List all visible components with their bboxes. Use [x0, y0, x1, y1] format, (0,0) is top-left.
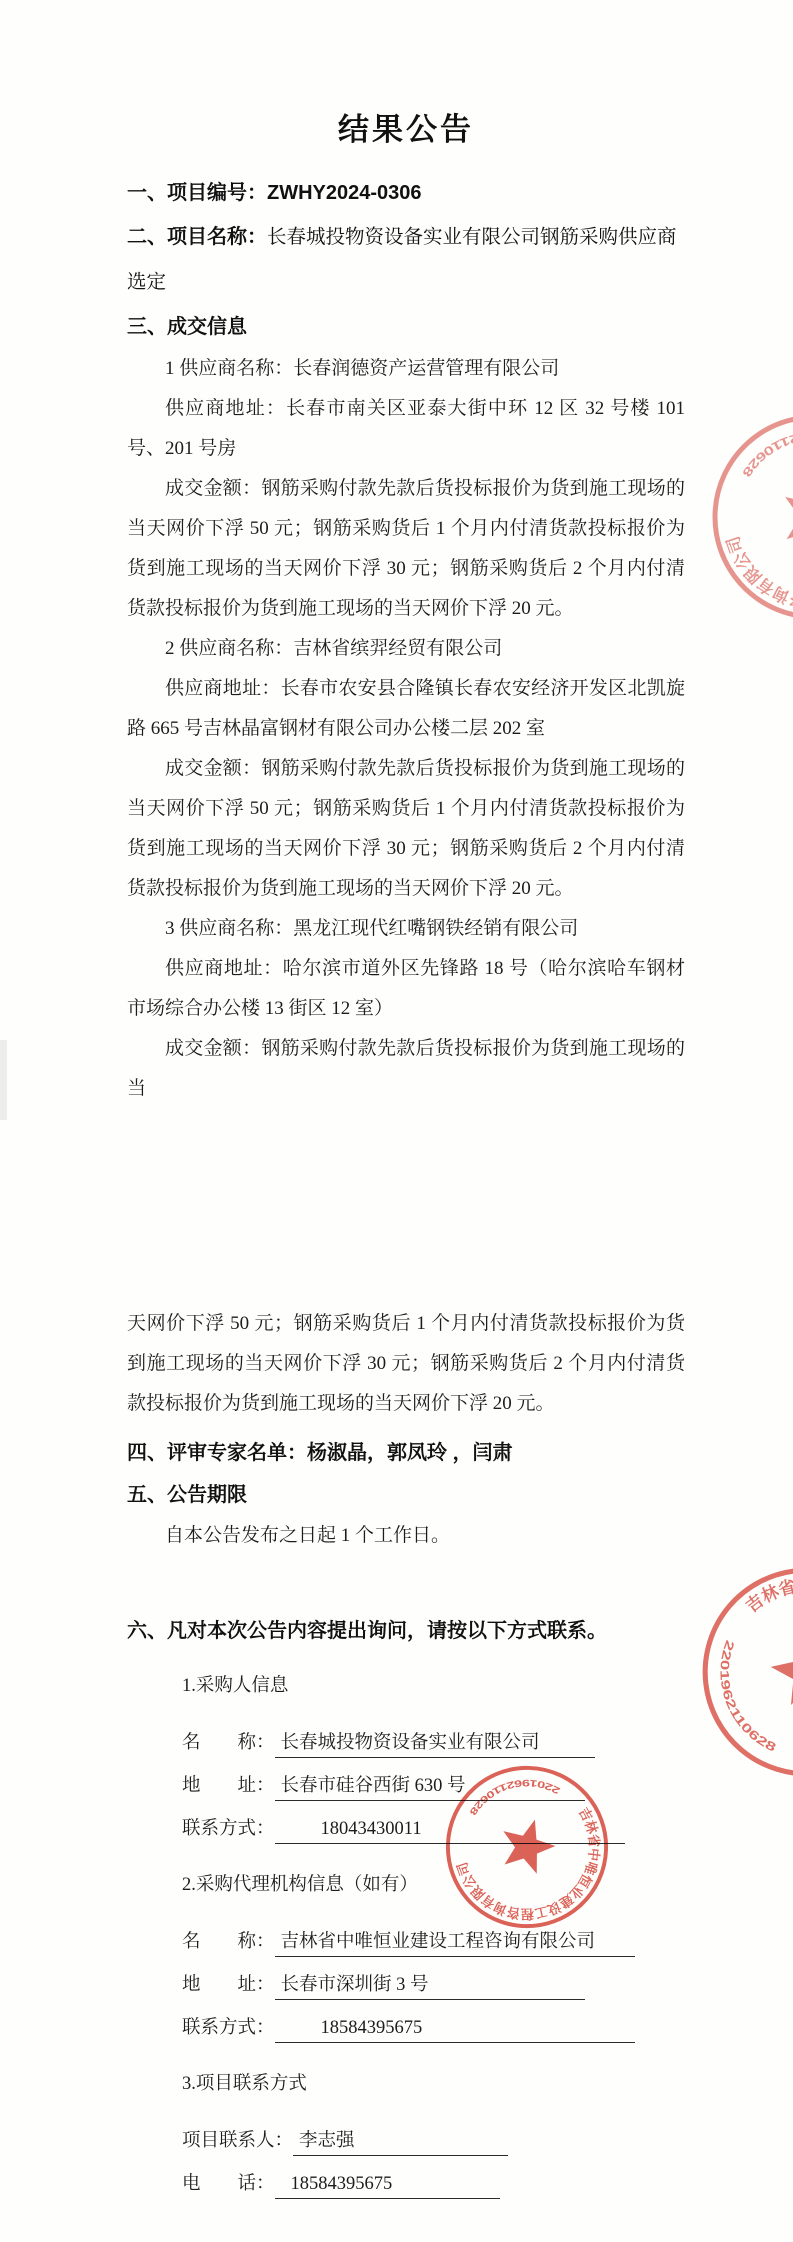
- seal-star-icon: [764, 1624, 793, 1717]
- project-phone-row: 电 话：18584395675: [182, 2163, 685, 2206]
- page-break-gap: [127, 1109, 685, 1304]
- supplier3-address-line: 供应商地址：哈尔滨市道外区先锋路 18 号（哈尔滨哈车钢材市场综合办公楼 13 …: [127, 949, 685, 1029]
- supplier2-address-line: 供应商地址：长春市农安县合隆镇长春农安经济开发区北凯旋路 665 号吉林晶富钢材…: [127, 669, 685, 749]
- period-heading: 五、公告期限: [127, 1474, 685, 1516]
- project-phone-label: 电 话：: [182, 2163, 275, 2206]
- contact-block: 1.采购人信息 名 称：长春城投物资设备实业有限公司 地 址：长春市硅谷西街 6…: [182, 1666, 685, 2206]
- project-contact-label: 项目联系人：: [182, 2120, 293, 2163]
- seal-star-icon: [494, 1816, 562, 1883]
- purchaser-info-heading: 1.采购人信息: [182, 1666, 685, 1706]
- supplier3-amount-part2: 天网价下浮 50 元；钢筋采购货后 1 个月内付清货款投标报价为货到施工现场的当…: [127, 1304, 685, 1424]
- experts-heading: 四、评审专家名单：杨淑晶，郭凤玲 ，闫肃: [127, 1432, 685, 1474]
- agency-name-value: 吉林省中唯恒业建设工程咨询有限公司: [275, 1929, 635, 1957]
- supplier3-name-line: 3 供应商名称：黑龙江现代红嘴钢铁经销有限公司: [127, 909, 685, 949]
- supplier1-amount-line: 成交金额：钢筋采购付款先款后货投标报价为货到施工现场的当天网价下浮 50 元；钢…: [127, 469, 685, 629]
- seal-border: [687, 389, 793, 645]
- purchaser-name-label: 名 称：: [182, 1722, 275, 1765]
- purchaser-address-label: 地 址：: [182, 1765, 275, 1808]
- period-body: 自本公告发布之日起 1 个工作日。: [127, 1516, 685, 1556]
- project-contact-fields: 项目联系人：李志强 电 话：18584395675: [182, 2120, 685, 2206]
- project-number-heading: 一、项目编号：ZWHY2024-0306: [127, 171, 685, 215]
- top-headings: 一、项目编号：ZWHY2024-0306 二、项目名称：长春城投物资设备实业有限…: [127, 171, 685, 349]
- project-contact-value: 李志强: [293, 2128, 508, 2156]
- agency-phone-label: 联系方式：: [182, 2007, 275, 2050]
- deal-info-body: 1 供应商名称：长春润德资产运营管理有限公司 供应商地址：长春市南关区亚泰大街中…: [127, 349, 685, 1109]
- project-number-value: ZWHY2024-0306: [267, 182, 422, 204]
- project-contact-row: 项目联系人：李志强: [182, 2120, 685, 2163]
- agency-phone-row: 联系方式：18584395675: [182, 2007, 685, 2050]
- agency-name-row: 名 称：吉林省中唯恒业建设工程咨询有限公司: [182, 1921, 685, 1964]
- agency-address-label: 地 址：: [182, 1964, 275, 2007]
- company-seal-stamp-partial-top: 吉林省中唯恒业建设工程咨询有限公司 2201962110628: [674, 376, 793, 658]
- agency-fields: 名 称：吉林省中唯恒业建设工程咨询有限公司 地 址：长春市深圳街 3 号 联系方…: [182, 1921, 685, 2050]
- agency-phone-value: 18584395675: [275, 2015, 635, 2043]
- project-name-heading: 二、项目名称：长春城投物资设备实业有限公司钢筋采购供应商选定: [127, 215, 685, 305]
- announcement-page: 结果公告 一、项目编号：ZWHY2024-0306 二、项目名称：长春城投物资设…: [0, 0, 793, 2242]
- document-title: 结果公告: [127, 0, 685, 149]
- deal-info-heading: 三、成交信息: [127, 305, 685, 349]
- agency-address-row: 地 址：长春市深圳街 3 号: [182, 1964, 685, 2007]
- page-break-edge-shadow: [0, 1040, 7, 1120]
- project-number-label: 一、项目编号：: [127, 182, 267, 204]
- agency-name-label: 名 称：: [182, 1921, 275, 1964]
- project-phone-value: 18584395675: [275, 2171, 500, 2199]
- supplier1-name-line: 1 供应商名称：长春润德资产运营管理有限公司: [127, 349, 685, 389]
- inquiry-heading: 六、凡对本次公告内容提出询问，请按以下方式联系。: [127, 1610, 685, 1652]
- purchaser-phone-label: 联系方式：: [182, 1808, 275, 1851]
- supplier2-amount-line: 成交金额：钢筋采购付款先款后货投标报价为货到施工现场的当天网价下浮 50 元；钢…: [127, 749, 685, 909]
- experts-value: 杨淑晶，郭凤玲 ，闫肃: [307, 1442, 513, 1464]
- purchaser-name-row: 名 称：长春城投物资设备实业有限公司: [182, 1722, 685, 1765]
- project-name-label: 二、项目名称：: [127, 226, 267, 248]
- project-contact-heading: 3.项目联系方式: [182, 2064, 685, 2104]
- experts-label: 四、评审专家名单：: [127, 1442, 307, 1464]
- seal-star-icon: [773, 478, 793, 563]
- agency-address-value: 长春市深圳街 3 号: [275, 1972, 585, 2000]
- supplier3-amount-part1: 成交金额：钢筋采购付款先款后货投标报价为货到施工现场的当: [127, 1029, 685, 1109]
- supplier2-name-line: 2 供应商名称：吉林省缤羿经贸有限公司: [127, 629, 685, 669]
- supplier1-address-line: 供应商地址：长春市南关区亚泰大街中环 12 区 32 号楼 101 号、201 …: [127, 389, 685, 469]
